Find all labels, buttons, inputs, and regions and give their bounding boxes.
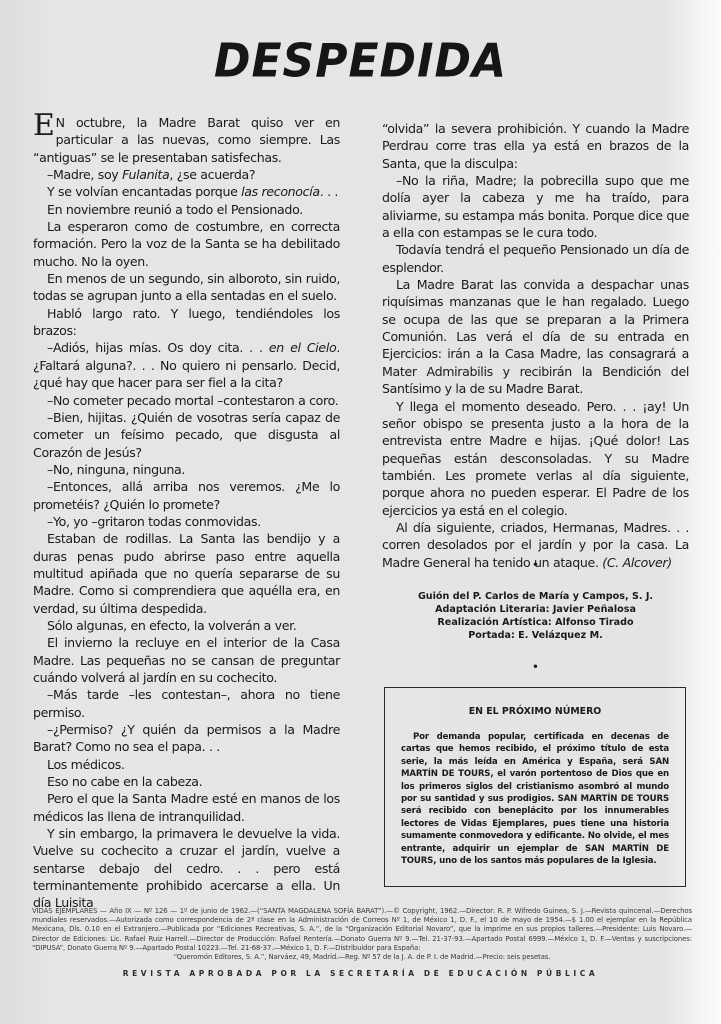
credit-line: Realización Artística: Alfonso Tirado: [382, 616, 689, 629]
right-text-column: “olvida” la severa prohibición. Y cuando…: [382, 120, 689, 571]
paragraph: –Bien, hijitas. ¿Quién de vosotras sería…: [33, 409, 340, 461]
bullet-separator-icon: •: [382, 560, 689, 572]
text-run: El invierno la recluye en el interior de…: [33, 635, 340, 685]
paragraph: –Adiós, hijas mías. Os doy cita. . . en …: [33, 339, 340, 391]
paragraph: La esperaron como de costumbre, en corre…: [33, 218, 340, 270]
text-run: –Bien, hijitas. ¿Quién de vosotras sería…: [33, 410, 340, 460]
text-run: La esperaron como de costumbre, en corre…: [33, 219, 340, 269]
text-run: En noviembre reunió a todo el Pensionado…: [47, 202, 303, 217]
text-run: –No, ninguna, ninguna.: [47, 462, 185, 477]
paragraph: EN octubre, la Madre Barat quiso ver en …: [33, 114, 340, 166]
paragraph: Eso no cabe en la cabeza.: [33, 773, 340, 790]
text-run: , ¿se acuerda?: [169, 167, 255, 182]
text-run: Todavía tendrá el pequeño Pensionado un …: [382, 242, 689, 274]
paragraph: –¿Permiso? ¿Y quién da permisos a la Mad…: [33, 721, 340, 756]
paragraph: –Madre, soy Fulanita, ¿se acuerda?: [33, 166, 340, 183]
colophon-text: VIDAS EJEMPLARES — Año IX — Nº 126 — 1º …: [32, 907, 692, 953]
page-title: DESPEDIDA: [0, 35, 721, 89]
text-run: N octubre, la Madre Barat quiso ver en p…: [33, 115, 340, 165]
colophon-last-line: “Queromón Editores, S. A.”, Narváez, 49,…: [32, 953, 692, 962]
paragraph: Sólo algunas, en efecto, la volverán a v…: [33, 617, 340, 634]
text-run: La Madre Barat las convida a despachar u…: [382, 277, 689, 396]
paragraph: En noviembre reunió a todo el Pensionado…: [33, 201, 340, 218]
text-run: –No la riña, Madre; la pobrecilla supo q…: [382, 173, 689, 240]
italic-text: Fulanita: [122, 167, 169, 182]
text-run: –No cometer pecado mortal –contestaron a…: [47, 393, 338, 408]
paragraph: –Entonces, allá arriba nos veremos. ¿Me …: [33, 478, 340, 513]
paragraph: Y se volvían encantadas porque las recon…: [33, 183, 340, 200]
paragraph: “olvida” la severa prohibición. Y cuando…: [382, 120, 689, 172]
next-issue-box: EN EL PRÓXIMO NÚMERO Por demanda popular…: [384, 687, 686, 887]
text-run: Pero el que la Santa Madre esté en manos…: [33, 791, 340, 823]
text-run: –Adiós, hijas mías. Os doy cita. . .: [47, 340, 269, 355]
magazine-page: DESPEDIDA EN octubre, la Madre Barat qui…: [0, 0, 721, 1024]
text-run: Y se volvían encantadas porque: [47, 184, 241, 199]
text-run: Sólo algunas, en efecto, la volverán a v…: [47, 618, 296, 633]
text-run: Estaban de rodillas. La Santa las bendij…: [33, 531, 340, 615]
colophon: VIDAS EJEMPLARES — Año IX — Nº 126 — 1º …: [32, 907, 692, 962]
paragraph: El invierno la recluye en el interior de…: [33, 634, 340, 686]
paragraph: Habló largo rato. Y luego, tendiéndoles …: [33, 305, 340, 340]
next-issue-body: Por demanda popular, certificada en dece…: [401, 731, 669, 867]
paragraph: –Más tarde –les contestan–, ahora no tie…: [33, 686, 340, 721]
paragraph: –No la riña, Madre; la pobrecilla supo q…: [382, 172, 689, 241]
paragraph: En menos de un segundo, sin alboroto, si…: [33, 270, 340, 305]
credit-line: Guión del P. Carlos de María y Campos, S…: [382, 590, 689, 603]
text-run: Y sin embargo, la primavera le devuelve …: [33, 826, 340, 910]
italic-text: las reconocía: [241, 184, 320, 199]
paragraph: Y sin embargo, la primavera le devuelve …: [33, 825, 340, 912]
approval-notice: REVISTA APROBADA POR LA SECRETARÍA DE ED…: [0, 969, 721, 978]
paragraph: Todavía tendrá el pequeño Pensionado un …: [382, 241, 689, 276]
text-run: “olvida” la severa prohibición. Y cuando…: [382, 121, 689, 171]
text-run: . . .: [320, 184, 338, 199]
credit-line: Adaptación Literaria: Javier Peñalosa: [382, 603, 689, 616]
paragraph: La Madre Barat las convida a despachar u…: [382, 276, 689, 397]
paragraph: Los médicos.: [33, 756, 340, 773]
paragraph: –Yo, yo –gritaron todas conmovidas.: [33, 513, 340, 530]
paragraph: Y llega el momento deseado. Pero. . . ¡a…: [382, 398, 689, 519]
text-run: Y llega el momento deseado. Pero. . . ¡a…: [382, 399, 689, 518]
text-run: –Más tarde –les contestan–, ahora no tie…: [33, 687, 340, 719]
text-run: –Entonces, allá arriba nos veremos. ¿Me …: [33, 479, 340, 511]
paragraph: Pero el que la Santa Madre esté en manos…: [33, 790, 340, 825]
italic-text: en el Cielo: [269, 340, 336, 355]
paragraph: Estaban de rodillas. La Santa las bendij…: [33, 530, 340, 617]
drop-cap: E: [33, 116, 55, 136]
left-text-column: EN octubre, la Madre Barat quiso ver en …: [33, 114, 340, 912]
text-run: Los médicos.: [47, 757, 125, 772]
credit-line: Portada: E. Velázquez M.: [382, 629, 689, 642]
text-run: Eso no cabe en la cabeza.: [47, 774, 202, 789]
text-run: –¿Permiso? ¿Y quién da permisos a la Mad…: [33, 722, 340, 754]
bullet-separator-icon: •: [382, 662, 689, 674]
next-issue-title: EN EL PRÓXIMO NÚMERO: [401, 706, 669, 717]
paragraph: –No, ninguna, ninguna.: [33, 461, 340, 478]
credits-block: • Guión del P. Carlos de María y Campos,…: [382, 560, 689, 674]
text-run: En menos de un segundo, sin alboroto, si…: [33, 271, 340, 303]
text-run: Habló largo rato. Y luego, tendiéndoles …: [33, 306, 340, 338]
text-run: –Madre, soy: [47, 167, 122, 182]
paragraph: –No cometer pecado mortal –contestaron a…: [33, 392, 340, 409]
text-run: –Yo, yo –gritaron todas conmovidas.: [47, 514, 261, 529]
